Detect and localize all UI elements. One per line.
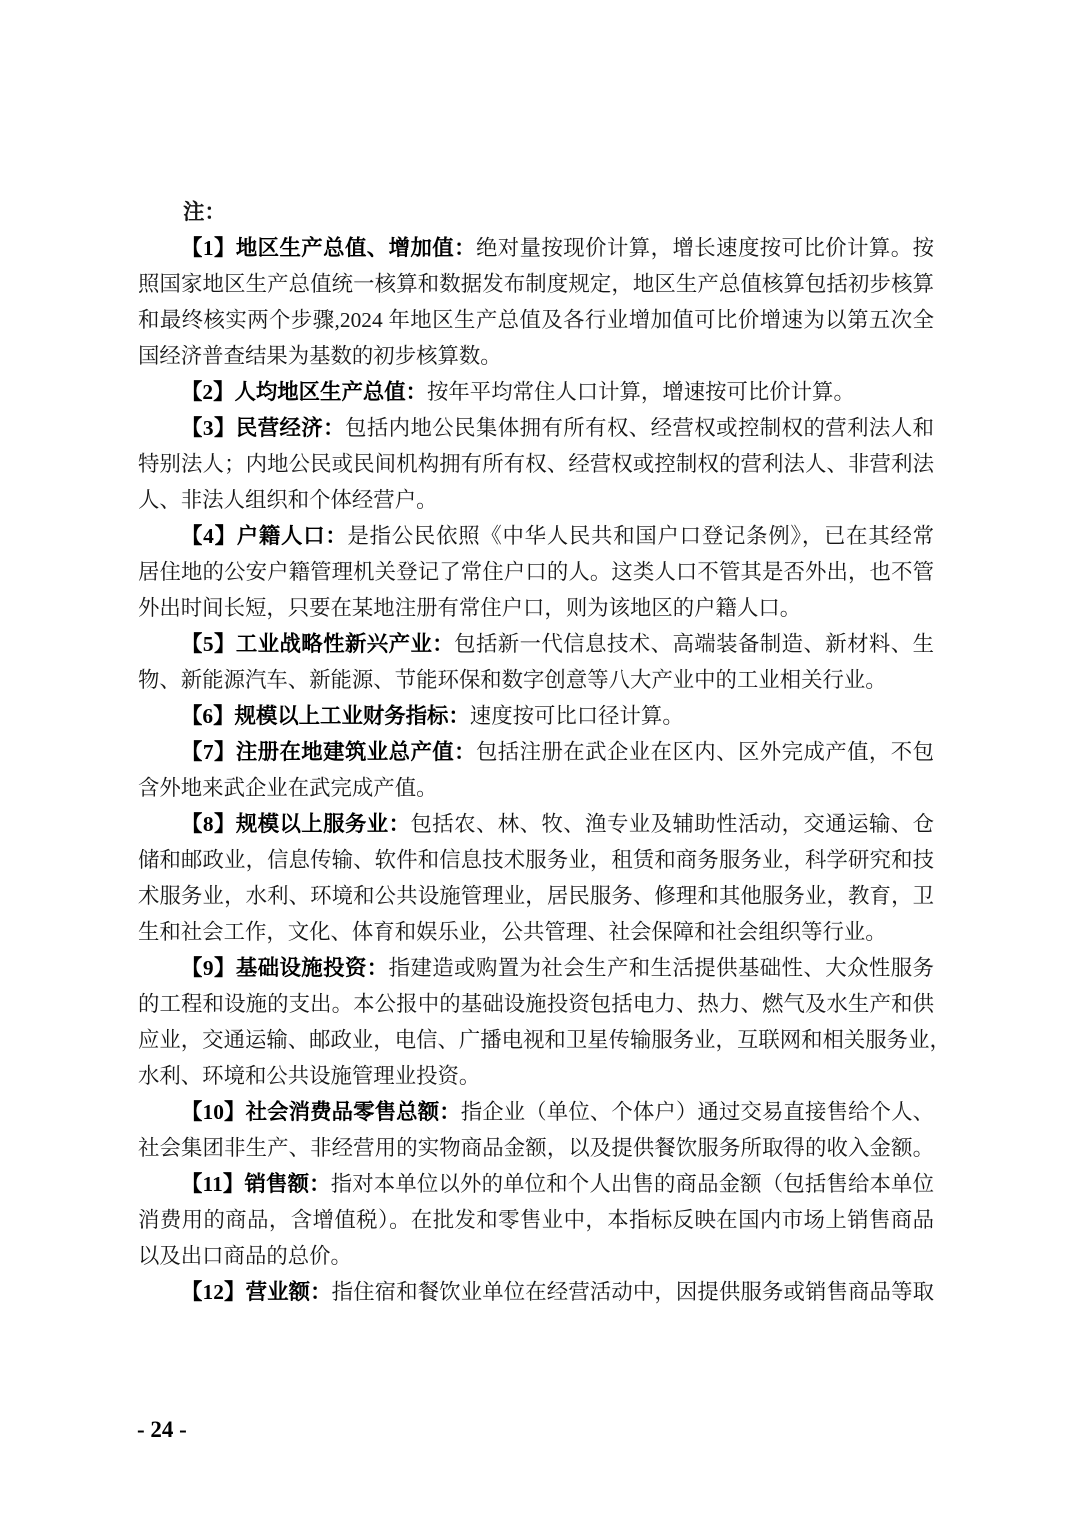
note-line: 含外地来武企业在武完成产值。 [138, 770, 934, 806]
note-line: 消费用的商品，含增值税）。在批发和零售业中，本指标反映在国内市场上销售商品 [138, 1202, 934, 1238]
note-text: 指住宿和餐饮业单位在经营活动中，因提供服务或销售商品等取 [332, 1280, 934, 1304]
note-label: 【3】 [181, 416, 236, 440]
note-line: 特别法人；内地公民或民间机构拥有所有权、经营权或控制权的营利法人、非营利法 [138, 446, 934, 482]
note-label: 【8】 [181, 812, 236, 836]
note-label: 【2】 [181, 380, 234, 404]
note-6: 【6】规模以上工业财务指标：速度按可比口径计算。 [138, 698, 934, 734]
note-text: 指建造或购置为社会生产和生活提供基础性、大众性服务 [389, 956, 934, 980]
note-text: 包括农、林、牧、渔专业及辅助性活动，交通运输、仓 [410, 812, 934, 836]
note-line: 的工程和设施的支出。本公报中的基础设施投资包括电力、热力、燃气及水生产和供 [138, 986, 934, 1022]
note-3: 【3】民营经济：包括内地公民集体拥有所有权、经营权或控制权的营利法人和 特别法人… [138, 410, 934, 518]
note-text: 指企业（单位、个体户）通过交易直接售给个人、 [461, 1100, 934, 1124]
note-term: 基础设施投资： [236, 956, 389, 980]
note-text: 包括注册在武企业在区内、区外完成产值，不包 [476, 740, 934, 764]
note-text: 按年平均常住人口计算，增速按可比价计算。 [427, 380, 855, 404]
note-label: 【6】 [181, 704, 234, 728]
note-line: 国经济普查结果为基数的初步核算数。 [138, 338, 934, 374]
note-term: 规模以上工业财务指标： [234, 704, 469, 728]
note-1: 【1】地区生产总值、增加值：绝对量按现价计算，增长速度按可比价计算。按 照国家地… [138, 230, 934, 374]
note-2: 【2】人均地区生产总值：按年平均常住人口计算，增速按可比价计算。 [138, 374, 934, 410]
note-line: 居住地的公安户籍管理机关登记了常住户口的人。这类人口不管其是否外出，也不管 [138, 554, 934, 590]
note-term: 人均地区生产总值： [234, 380, 427, 404]
note-label: 【1】 [181, 236, 236, 260]
note-term: 营业额： [246, 1280, 332, 1304]
note-term: 工业战略性新兴产业： [236, 632, 454, 656]
note-label: 【10】 [181, 1100, 246, 1124]
note-first-line: 【11】销售额：指对本单位以外的单位和个人出售的商品金额（包括售给本单位 [138, 1166, 934, 1202]
note-term: 注册在地建筑业总产值： [236, 740, 476, 764]
note-10: 【10】社会消费品零售总额：指企业（单位、个体户）通过交易直接售给个人、 社会集… [138, 1094, 934, 1166]
note-label: 【4】 [181, 524, 237, 548]
note-first-line: 【5】工业战略性新兴产业：包括新一代信息技术、高端装备制造、新材料、生 [138, 626, 934, 662]
note-line: 应业，交通运输、邮政业，电信、广播电视和卫星传输服务业，互联网和相关服务业， [138, 1022, 934, 1058]
note-7: 【7】注册在地建筑业总产值：包括注册在武企业在区内、区外完成产值，不包 含外地来… [138, 734, 934, 806]
note-line: 物、新能源汽车、新能源、节能环保和数字创意等八大产业中的工业相关行业。 [138, 662, 934, 698]
note-text: 速度按可比口径计算。 [470, 704, 684, 728]
note-first-line: 【7】注册在地建筑业总产值：包括注册在武企业在区内、区外完成产值，不包 [138, 734, 934, 770]
note-line: 储和邮政业，信息传输、软件和信息技术服务业，租赁和商务服务业，科学研究和技 [138, 842, 934, 878]
note-line: 外出时间长短，只要在某地注册有常住户口，则为该地区的户籍人口。 [138, 590, 934, 626]
note-term: 销售额： [244, 1172, 330, 1196]
notes-heading: 注： [138, 194, 934, 230]
note-text: 指对本单位以外的单位和个人出售的商品金额（包括售给本单位 [331, 1172, 934, 1196]
note-term: 户籍人口： [237, 524, 348, 548]
note-text: 绝对量按现价计算，增长速度按可比价计算。按 [476, 236, 934, 260]
note-4: 【4】户籍人口：是指公民依照《中华人民共和国户口登记条例》，已在其经常 居住地的… [138, 518, 934, 626]
note-line: 照国家地区生产总值统一核算和数据发布制度规定，地区生产总值核算包括初步核算 [138, 266, 934, 302]
notes-section: 注： 【1】地区生产总值、增加值：绝对量按现价计算，增长速度按可比价计算。按 照… [138, 194, 934, 1310]
note-first-line: 【9】基础设施投资：指建造或购置为社会生产和生活提供基础性、大众性服务 [138, 950, 934, 986]
note-first-line: 【6】规模以上工业财务指标：速度按可比口径计算。 [138, 698, 934, 734]
note-term: 地区生产总值、增加值： [236, 236, 476, 260]
note-first-line: 【2】人均地区生产总值：按年平均常住人口计算，增速按可比价计算。 [138, 374, 934, 410]
note-label: 【11】 [181, 1172, 244, 1196]
note-line: 以及出口商品的总价。 [138, 1238, 934, 1274]
note-text: 包括内地公民集体拥有所有权、经营权或控制权的营利法人和 [345, 416, 934, 440]
note-line: 水利、环境和公共设施管理业投资。 [138, 1058, 934, 1094]
note-first-line: 【10】社会消费品零售总额：指企业（单位、个体户）通过交易直接售给个人、 [138, 1094, 934, 1130]
note-5: 【5】工业战略性新兴产业：包括新一代信息技术、高端装备制造、新材料、生 物、新能… [138, 626, 934, 698]
note-first-line: 【4】户籍人口：是指公民依照《中华人民共和国户口登记条例》，已在其经常 [138, 518, 934, 554]
note-label: 【12】 [181, 1280, 246, 1304]
note-term: 社会消费品零售总额： [246, 1100, 461, 1124]
note-first-line: 【12】营业额：指住宿和餐饮业单位在经营活动中，因提供服务或销售商品等取 [138, 1274, 934, 1310]
note-label: 【9】 [181, 956, 236, 980]
note-label: 【7】 [181, 740, 236, 764]
note-line: 和最终核实两个步骤,2024 年地区生产总值及各行业增加值可比价增速为以第五次全 [138, 302, 934, 338]
note-line: 生和社会工作，文化、体育和娱乐业，公共管理、社会保障和社会组织等行业。 [138, 914, 934, 950]
note-line: 术服务业，水利、环境和公共设施管理业，居民服务、修理和其他服务业，教育，卫 [138, 878, 934, 914]
note-text: 是指公民依照《中华人民共和国户口登记条例》，已在其经常 [347, 524, 934, 548]
note-line: 社会集团非生产、非经营用的实物商品金额，以及提供餐饮服务所取得的收入金额。 [138, 1130, 934, 1166]
note-11: 【11】销售额：指对本单位以外的单位和个人出售的商品金额（包括售给本单位 消费用… [138, 1166, 934, 1274]
note-line: 人、非法人组织和个体经营户。 [138, 482, 934, 518]
note-first-line: 【3】民营经济：包括内地公民集体拥有所有权、经营权或控制权的营利法人和 [138, 410, 934, 446]
note-8: 【8】规模以上服务业：包括农、林、牧、渔专业及辅助性活动，交通运输、仓 储和邮政… [138, 806, 934, 950]
note-first-line: 【8】规模以上服务业：包括农、林、牧、渔专业及辅助性活动，交通运输、仓 [138, 806, 934, 842]
note-12: 【12】营业额：指住宿和餐饮业单位在经营活动中，因提供服务或销售商品等取 [138, 1274, 934, 1310]
document-page: 注： 【1】地区生产总值、增加值：绝对量按现价计算，增长速度按可比价计算。按 照… [0, 0, 1074, 1520]
note-term: 民营经济： [236, 416, 345, 440]
note-term: 规模以上服务业： [236, 812, 411, 836]
page-number: - 24 - [137, 1414, 187, 1446]
note-text: 包括新一代信息技术、高端装备制造、新材料、生 [454, 632, 934, 656]
note-first-line: 【1】地区生产总值、增加值：绝对量按现价计算，增长速度按可比价计算。按 [138, 230, 934, 266]
note-9: 【9】基础设施投资：指建造或购置为社会生产和生活提供基础性、大众性服务 的工程和… [138, 950, 934, 1094]
note-label: 【5】 [181, 632, 236, 656]
